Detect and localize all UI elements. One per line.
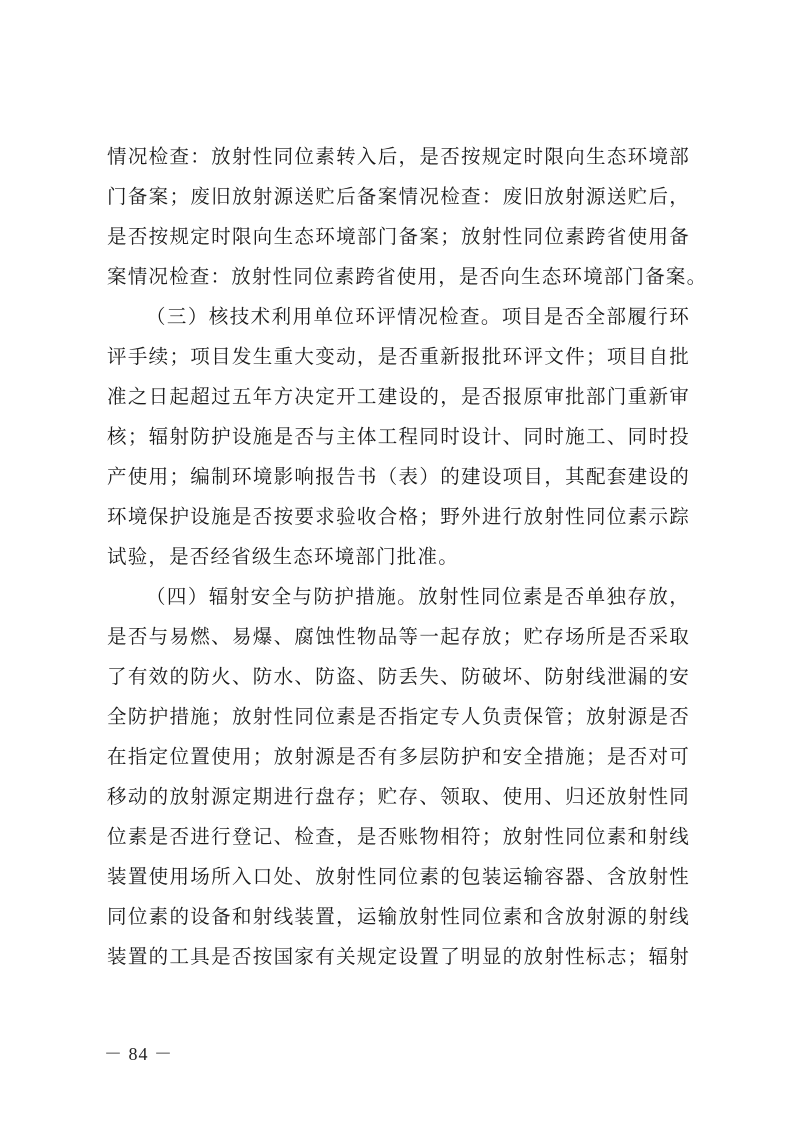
text-line: 准之日起超过五年方决定开工建设的，是否报原审批部门重新审 <box>107 377 690 417</box>
text-line: 在指定位置使用；放射源是否有多层防护和安全措施；是否对可 <box>107 737 690 777</box>
page-number: － 84 － <box>104 1040 173 1066</box>
text-line: 同位素的设备和射线装置，运输放射性同位素和含放射源的射线 <box>107 897 690 937</box>
text-line: 产使用；编制环境影响报告书（表）的建设项目，其配套建设的 <box>107 457 690 497</box>
text-line: 门备案；废旧放射源送贮后备案情况检查：废旧放射源送贮后， <box>107 177 690 217</box>
text-line: 案情况检查：放射性同位素跨省使用，是否向生态环境部门备案。 <box>107 257 690 297</box>
text-line: 是否与易燃、易爆、腐蚀性物品等一起存放；贮存场所是否采取 <box>107 617 690 657</box>
text-line: 情况检查：放射性同位素转入后，是否按规定时限向生态环境部 <box>107 137 690 177</box>
document-page: 情况检查：放射性同位素转入后，是否按规定时限向生态环境部 门备案；废旧放射源送贮… <box>0 0 793 1122</box>
text-line: 移动的放射源定期进行盘存；贮存、领取、使用、归还放射性同 <box>107 777 690 817</box>
section-heading-line: （三）核技术利用单位环评情况检查。项目是否全部履行环 <box>107 297 690 337</box>
text-line: 装置使用场所入口处、放射性同位素的包装运输容器、含放射性 <box>107 857 690 897</box>
text-line: 评手续；项目发生重大变动，是否重新报批环评文件；项目自批 <box>107 337 690 377</box>
text-line: 核；辐射防护设施是否与主体工程同时设计、同时施工、同时投 <box>107 417 690 457</box>
text-line: 是否按规定时限向生态环境部门备案；放射性同位素跨省使用备 <box>107 217 690 257</box>
text-line: 环境保护设施是否按要求验收合格；野外进行放射性同位素示踪 <box>107 497 690 537</box>
text-line: 了有效的防火、防水、防盗、防丢失、防破坏、防射线泄漏的安 <box>107 657 690 697</box>
text-line: 位素是否进行登记、检查，是否账物相符；放射性同位素和射线 <box>107 817 690 857</box>
text-line: 装置的工具是否按国家有关规定设置了明显的放射性标志；辐射 <box>107 937 690 977</box>
text-line: 试验，是否经省级生态环境部门批准。 <box>107 537 690 577</box>
text-line: 全防护措施；放射性同位素是否指定专人负责保管；放射源是否 <box>107 697 690 737</box>
section-heading-line: （四）辐射安全与防护措施。放射性同位素是否单独存放， <box>107 577 690 617</box>
body-text: 情况检查：放射性同位素转入后，是否按规定时限向生态环境部 门备案；废旧放射源送贮… <box>107 137 690 977</box>
